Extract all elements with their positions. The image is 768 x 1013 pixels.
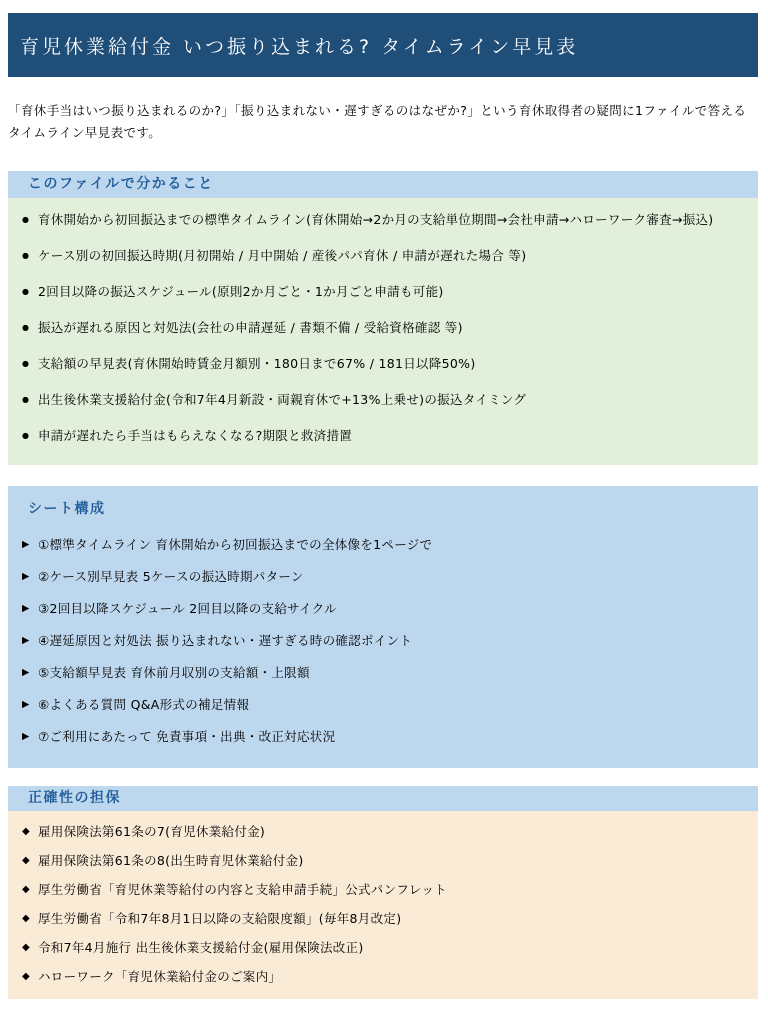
list-item: ▶③2回目以降スケジュール 2回目以降の支給サイクル (22, 600, 746, 617)
list-item-text: 厚生労働省「令和7年8月1日以降の支給限度額」(毎年8月改定) (38, 910, 401, 927)
intro-text: 「育休手当はいつ振り込まれるのか?」「振り込まれない・遅すぎるのはなぜか?」とい… (8, 100, 758, 144)
list-item-text: ⑥よくある質問 Q&A形式の補足情報 (38, 696, 249, 713)
list-item-text: 振込が遅れる原因と対処法(会社の申請遅延 / 書類不備 / 受給資格確認 等) (38, 319, 463, 336)
bullet-circle-icon: ● (22, 319, 33, 336)
section-sheets-heading: シート構成 (8, 498, 758, 518)
list-item: ●振込が遅れる原因と対処法(会社の申請遅延 / 書類不備 / 受給資格確認 等) (22, 319, 746, 336)
list-item: ▶④遅延原因と対処法 振り込まれない・遅すぎる時の確認ポイント (22, 632, 746, 649)
list-item-text: ハローワーク「育児休業給付金のご案内」 (38, 968, 281, 985)
list-item-text: ①標準タイムライン 育休開始から初回振込までの全体像を1ページで (38, 536, 432, 553)
list-item: ◆厚生労働省「育児休業等給付の内容と支給申請手続」公式パンフレット (22, 881, 746, 898)
list-item: ◆ハローワーク「育児休業給付金のご案内」 (22, 968, 746, 985)
list-item: ▶⑤支給額早見表 育休前月収別の支給額・上限額 (22, 664, 746, 681)
triangle-right-icon: ▶ (22, 568, 33, 585)
list-item: ▶⑦ご利用にあたって 免責事項・出典・改正対応状況 (22, 728, 746, 745)
diamond-icon: ◆ (22, 968, 33, 985)
triangle-right-icon: ▶ (22, 728, 33, 745)
list-item: ●支給額の早見表(育休開始時賃金月額別・180日まで67% / 181日以降50… (22, 355, 746, 372)
list-item-text: 2回目以降の振込スケジュール(原則2か月ごと・1か月ごと申請も可能) (38, 283, 444, 300)
list-item: ◆雇用保険法第61条の8(出生時育児休業給付金) (22, 852, 746, 869)
bullet-circle-icon: ● (22, 391, 33, 408)
bullet-circle-icon: ● (22, 211, 33, 228)
bullet-circle-icon: ● (22, 427, 33, 444)
list-item: ●申請が遅れたら手当はもらえなくなる?期限と救済措置 (22, 427, 746, 444)
list-item: ●育休開始から初回振込までの標準タイムライン(育休開始→2か月の支給単位期間→会… (22, 211, 746, 228)
list-item-text: ②ケース別早見表 5ケースの振込時期パターン (38, 568, 304, 585)
overview-list: ●育休開始から初回振込までの標準タイムライン(育休開始→2か月の支給単位期間→会… (8, 198, 758, 465)
triangle-right-icon: ▶ (22, 632, 33, 649)
bullet-circle-icon: ● (22, 247, 33, 264)
list-item-text: ③2回目以降スケジュール 2回目以降の支給サイクル (38, 600, 337, 617)
list-item: ●ケース別の初回振込時期(月初開始 / 月中開始 / 産後パパ育休 / 申請が遅… (22, 247, 746, 264)
bullet-circle-icon: ● (22, 283, 33, 300)
list-item: ▶①標準タイムライン 育休開始から初回振込までの全体像を1ページで (22, 536, 746, 553)
section-accuracy: 正確性の担保 ◆雇用保険法第61条の7(育児休業給付金)◆雇用保険法第61条の8… (8, 786, 758, 999)
list-item-text: 令和7年4月施行 出生後休業支援給付金(雇用保険法改正) (38, 939, 364, 956)
list-item: ◆雇用保険法第61条の7(育児休業給付金) (22, 823, 746, 840)
page-title: 育児休業給付金 いつ振り込まれる? タイムライン早見表 (20, 32, 578, 59)
page-title-bar: 育児休業給付金 いつ振り込まれる? タイムライン早見表 (8, 13, 758, 77)
list-item-text: ケース別の初回振込時期(月初開始 / 月中開始 / 産後パパ育休 / 申請が遅れ… (38, 247, 526, 264)
section-overview-heading: このファイルで分かること (8, 171, 758, 198)
list-item-text: ⑤支給額早見表 育休前月収別の支給額・上限額 (38, 664, 310, 681)
list-item-text: ⑦ご利用にあたって 免責事項・出典・改正対応状況 (38, 728, 335, 745)
triangle-right-icon: ▶ (22, 536, 33, 553)
list-item-text: 出生後休業支援給付金(令和7年4月新設・両親育休で+13%上乗せ)の振込タイミン… (38, 391, 526, 408)
triangle-right-icon: ▶ (22, 600, 33, 617)
list-item-text: 育休開始から初回振込までの標準タイムライン(育休開始→2か月の支給単位期間→会社… (38, 211, 713, 228)
list-item: ●2回目以降の振込スケジュール(原則2か月ごと・1か月ごと申請も可能) (22, 283, 746, 300)
list-item-text: 支給額の早見表(育休開始時賃金月額別・180日まで67% / 181日以降50%… (38, 355, 476, 372)
section-accuracy-heading: 正確性の担保 (8, 786, 758, 811)
diamond-icon: ◆ (22, 852, 33, 869)
accuracy-list: ◆雇用保険法第61条の7(育児休業給付金)◆雇用保険法第61条の8(出生時育児休… (8, 811, 758, 999)
list-item-text: 申請が遅れたら手当はもらえなくなる?期限と救済措置 (38, 427, 352, 444)
diamond-icon: ◆ (22, 910, 33, 927)
list-item: ◆厚生労働省「令和7年8月1日以降の支給限度額」(毎年8月改定) (22, 910, 746, 927)
document-page: 育児休業給付金 いつ振り込まれる? タイムライン早見表 「育休手当はいつ振り込ま… (0, 0, 768, 1013)
diamond-icon: ◆ (22, 939, 33, 956)
list-item: ◆令和7年4月施行 出生後休業支援給付金(雇用保険法改正) (22, 939, 746, 956)
list-item: ▶⑥よくある質問 Q&A形式の補足情報 (22, 696, 746, 713)
diamond-icon: ◆ (22, 881, 33, 898)
list-item-text: 雇用保険法第61条の7(育児休業給付金) (38, 823, 265, 840)
list-item: ●出生後休業支援給付金(令和7年4月新設・両親育休で+13%上乗せ)の振込タイミ… (22, 391, 746, 408)
section-overview: このファイルで分かること ●育休開始から初回振込までの標準タイムライン(育休開始… (8, 171, 758, 465)
diamond-icon: ◆ (22, 823, 33, 840)
section-sheets: シート構成 ▶①標準タイムライン 育休開始から初回振込までの全体像を1ページで▶… (8, 486, 758, 768)
list-item-text: ④遅延原因と対処法 振り込まれない・遅すぎる時の確認ポイント (38, 632, 412, 649)
triangle-right-icon: ▶ (22, 664, 33, 681)
list-item-text: 厚生労働省「育児休業等給付の内容と支給申請手続」公式パンフレット (38, 881, 447, 898)
triangle-right-icon: ▶ (22, 696, 33, 713)
sheets-list: ▶①標準タイムライン 育休開始から初回振込までの全体像を1ページで▶②ケース別早… (8, 532, 758, 762)
list-item-text: 雇用保険法第61条の8(出生時育児休業給付金) (38, 852, 304, 869)
bullet-circle-icon: ● (22, 355, 33, 372)
list-item: ▶②ケース別早見表 5ケースの振込時期パターン (22, 568, 746, 585)
